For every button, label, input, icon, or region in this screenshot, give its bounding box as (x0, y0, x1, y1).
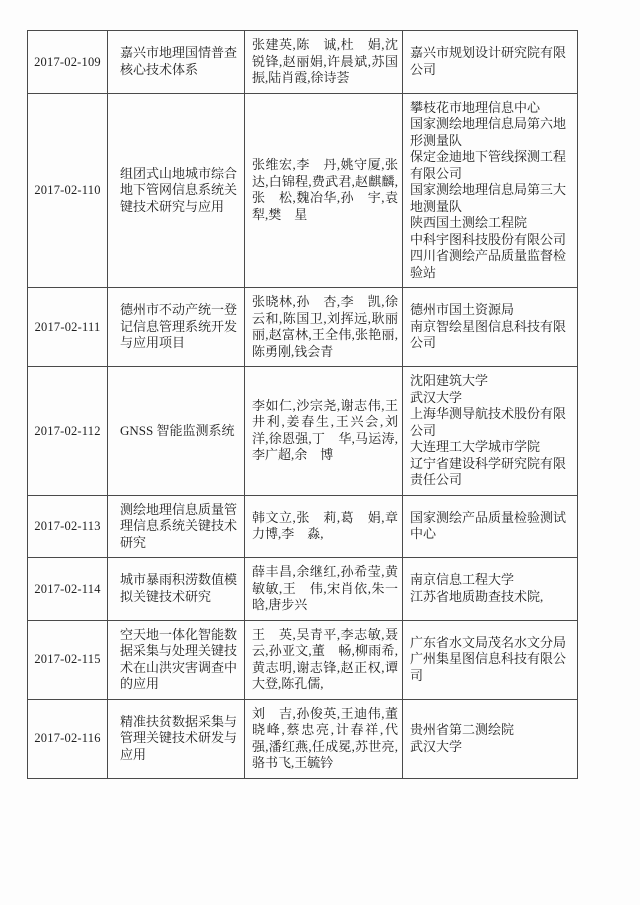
organization-line: 江苏省地质勘查技术院, (410, 589, 573, 606)
project-id: 2017-02-109 (28, 31, 108, 94)
organization-line: 中科宇图科技股份有限公司 (410, 232, 573, 249)
organization-line: 德州市国土资源局 (410, 302, 573, 319)
organization-line: 攀枝花市地理信息中心 (410, 100, 573, 117)
project-organizations-cell: 德州市国土资源局南京智绘星图信息科技有限公司 (403, 288, 578, 367)
project-title: 嘉兴市地理国情普查核心技术体系 (108, 31, 245, 94)
organization-line: 广东省水文局茂名水文分局 (410, 635, 573, 652)
projects-table: 2017-02-109 嘉兴市地理国情普查核心技术体系 张建英,陈 诚,杜 娟,… (27, 30, 578, 779)
project-organizations-cell: 攀枝花市地理信息中心国家测绘地理信息局第六地形测量队保定金迪地下管线探测工程有限… (403, 93, 578, 288)
organization-line: 辽宁省建设科学研究院有限责任公司 (410, 456, 573, 489)
organization-line: 沈阳建筑大学 (410, 373, 573, 390)
project-participants: 李如仁,沙宗尧,谢志伟,王井利,姜春生,王兴会,刘 洋,徐恩强,丁 华,马运涛,… (245, 367, 403, 496)
project-id: 2017-02-113 (28, 495, 108, 558)
project-organizations-cell: 国家测绘产品质量检验测试中心 (403, 495, 578, 558)
table-row: 2017-02-110 组团式山地城市综合地下管网信息系统关键技术研究与应用 张… (28, 93, 578, 288)
organization-line: 四川省测绘产品质量监督检验站 (410, 248, 573, 281)
project-participants: 王 英,吴青平,李志敏,聂 云,孙亚文,董 畅,柳雨希,黄志明,谢志锋,赵正权,… (245, 620, 403, 699)
project-organizations-cell: 贵州省第二测绘院武汉大学 (403, 699, 578, 778)
project-organizations-cell: 嘉兴市规划设计研究院有限公司 (403, 31, 578, 94)
organization-line: 嘉兴市规划设计研究院有限公司 (410, 45, 573, 78)
project-title: 德州市不动产统一登记信息管理系统开发与应用项目 (108, 288, 245, 367)
organization-line: 陕西国土测绘工程院 (410, 215, 573, 232)
project-id: 2017-02-111 (28, 288, 108, 367)
organization-line: 贵州省第二测绘院 (410, 722, 573, 739)
project-participants: 张晓林,孙 杏,李 凯,徐云和,陈国卫,刘挥远,耿丽丽,赵富林,王全伟,张艳丽,… (245, 288, 403, 367)
project-id: 2017-02-110 (28, 93, 108, 288)
project-title: GNSS 智能监测系统 (108, 367, 245, 496)
organization-line: 广州集星图信息科技有限公司 (410, 651, 573, 684)
table-row: 2017-02-115 空天地一体化智能数据采集与处理关键技术在山洪灾害调查中的… (28, 620, 578, 699)
project-title: 城市暴雨积涝数值模拟关键技术研究 (108, 558, 245, 621)
organization-line: 国家测绘地理信息局第三大地测量队 (410, 182, 573, 215)
organization-line: 国家测绘产品质量检验测试中心 (410, 510, 573, 543)
project-participants: 薛丰昌,余继红,孙希莹,黄敏敏,王 伟,宋肖依,朱一晗,唐步兴 (245, 558, 403, 621)
organization-line: 上海华测导航技术股份有限公司 (410, 406, 573, 439)
project-organizations-cell: 沈阳建筑大学武汉大学上海华测导航技术股份有限公司大连理工大学城市学院辽宁省建设科… (403, 367, 578, 496)
table-row: 2017-02-116 精准扶贫数据采集与管理关键技术研发与应用 刘 吉,孙俊英… (28, 699, 578, 778)
organization-line: 大连理工大学城市学院 (410, 439, 573, 456)
document-page: 2017-02-109 嘉兴市地理国情普查核心技术体系 张建英,陈 诚,杜 娟,… (0, 0, 640, 905)
organization-line: 武汉大学 (410, 739, 573, 756)
project-id: 2017-02-115 (28, 620, 108, 699)
project-title: 空天地一体化智能数据采集与处理关键技术在山洪灾害调查中的应用 (108, 620, 245, 699)
projects-table-body: 2017-02-109 嘉兴市地理国情普查核心技术体系 张建英,陈 诚,杜 娟,… (28, 31, 578, 779)
project-id: 2017-02-114 (28, 558, 108, 621)
project-participants: 刘 吉,孙俊英,王迪伟,董晓峰,蔡忠亮,计春祥,代 强,潘红燕,任成冕,苏世亮,… (245, 699, 403, 778)
project-id: 2017-02-112 (28, 367, 108, 496)
project-participants: 张建英,陈 诚,杜 娟,沈锐锋,赵丽娟,许晨斌,苏国振,陆肖霞,徐诗荟 (245, 31, 403, 94)
table-row: 2017-02-112 GNSS 智能监测系统 李如仁,沙宗尧,谢志伟,王井利,… (28, 367, 578, 496)
organization-line: 南京智绘星图信息科技有限公司 (410, 319, 573, 352)
project-title: 测绘地理信息质量管理信息系统关键技术研究 (108, 495, 245, 558)
organization-line: 保定金迪地下管线探测工程有限公司 (410, 149, 573, 182)
organization-line: 南京信息工程大学 (410, 572, 573, 589)
project-participants: 韩文立,张 莉,葛 娟,章力博,李 淼, (245, 495, 403, 558)
project-title: 精准扶贫数据采集与管理关键技术研发与应用 (108, 699, 245, 778)
organization-line: 武汉大学 (410, 390, 573, 407)
project-id: 2017-02-116 (28, 699, 108, 778)
project-organizations-cell: 南京信息工程大学江苏省地质勘查技术院, (403, 558, 578, 621)
project-participants: 张维宏,李 丹,姚守厦,张 达,白锦程,费武君,赵麒麟,张 松,魏冶华,孙 宇,… (245, 93, 403, 288)
table-row: 2017-02-109 嘉兴市地理国情普查核心技术体系 张建英,陈 诚,杜 娟,… (28, 31, 578, 94)
project-organizations-cell: 广东省水文局茂名水文分局广州集星图信息科技有限公司 (403, 620, 578, 699)
table-row: 2017-02-111 德州市不动产统一登记信息管理系统开发与应用项目 张晓林,… (28, 288, 578, 367)
organization-line: 国家测绘地理信息局第六地形测量队 (410, 116, 573, 149)
table-row: 2017-02-114 城市暴雨积涝数值模拟关键技术研究 薛丰昌,余继红,孙希莹… (28, 558, 578, 621)
table-row: 2017-02-113 测绘地理信息质量管理信息系统关键技术研究 韩文立,张 莉… (28, 495, 578, 558)
project-title: 组团式山地城市综合地下管网信息系统关键技术研究与应用 (108, 93, 245, 288)
